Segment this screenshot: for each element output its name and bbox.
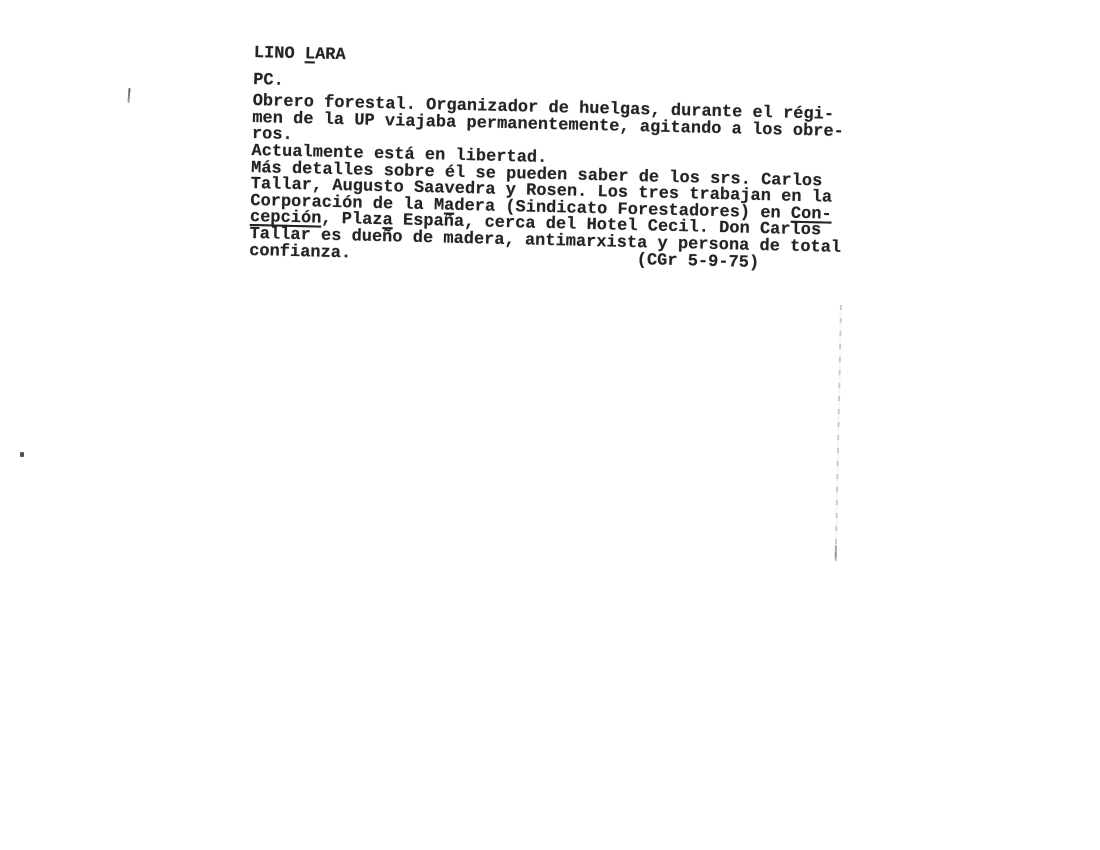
text-segment: ARA bbox=[315, 45, 346, 65]
scan-artifact-crease-line bbox=[835, 305, 842, 557]
scanned-document-page: LINO LARAPC.Obrero forestal. Organizador… bbox=[0, 0, 1100, 850]
scan-artifact-speck bbox=[20, 452, 24, 457]
text-segment: LINO bbox=[254, 44, 305, 64]
typewritten-text: LINO LARAPC.Obrero forestal. Organizador… bbox=[249, 46, 914, 276]
scan-artifact-tick bbox=[127, 88, 130, 103]
document-line: LINO LARA bbox=[254, 46, 914, 78]
text-segment: PC. bbox=[253, 71, 284, 91]
